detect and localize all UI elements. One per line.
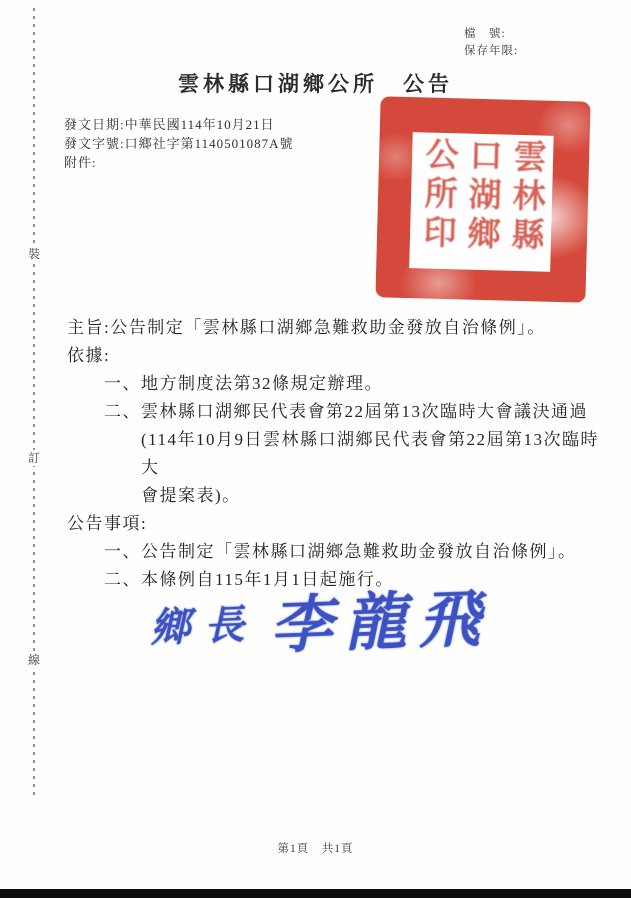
binding-dotted-line — [33, 8, 35, 800]
body-line-items-label: 公告事項: — [67, 510, 613, 538]
document-page: 裝 訂 線 檔 號: 保存年限: 雲林縣口湖鄉公所 公告 發文日期:中華民國11… — [0, 0, 631, 898]
scan-edge — [0, 889, 631, 898]
body-line-item-1: 一、公告制定「雲林縣口湖鄉急難救助金發放自治條例」。 — [67, 538, 613, 566]
signature-name: 李龍飛 — [268, 568, 493, 665]
mayor-signature-stamp: 鄉長 李龍飛 — [148, 562, 521, 675]
body-line-subject: 主旨:公告制定「雲林縣口湖鄉急難救助金發放自治條例」。 — [67, 314, 613, 342]
body-line-basis-label: 依據: — [67, 342, 613, 370]
archive-no-label: 檔 號: — [464, 26, 518, 43]
binding-strip: 裝 訂 線 — [27, 8, 41, 800]
body-line-basis-2-cont: (114年10月9日雲林縣口湖鄉民代表會第22屆第13次臨時大 — [67, 426, 613, 482]
document-meta: 發文日期:中華民國114年10月21日 發文字號:口鄉社字第1140501087… — [64, 115, 294, 172]
issue-date: 發文日期:中華民國114年10月21日 — [64, 115, 294, 134]
document-title: 雲林縣口湖鄉公所 公告 — [0, 68, 631, 98]
official-seal: 雲林縣口湖鄉公所印 — [375, 96, 590, 302]
signature-title: 鄉長 — [149, 592, 259, 653]
archive-info: 檔 號: 保存年限: — [464, 26, 518, 60]
binding-mark-zhuang: 裝 — [27, 246, 41, 262]
official-seal-text: 雲林縣口湖鄉公所印 — [414, 136, 549, 267]
official-seal-inner: 雲林縣口湖鄉公所印 — [409, 132, 554, 272]
attachment-label: 附件: — [64, 153, 294, 172]
body-line-basis-2: 二、雲林縣口湖鄉民代表會第22屆第13次臨時大會議決通過 — [67, 398, 613, 426]
doc-number: 發文字號:口鄉社字第1140501087A號 — [64, 134, 294, 153]
page-number: 第1頁 共1頁 — [0, 840, 631, 856]
announcement-body: 主旨:公告制定「雲林縣口湖鄉急難救助金發放自治條例」。 依據: 一、地方制度法第… — [67, 314, 613, 594]
body-line-basis-1: 一、地方制度法第32條規定辦理。 — [67, 370, 613, 398]
binding-mark-xian: 線 — [27, 652, 41, 668]
retention-label: 保存年限: — [464, 43, 518, 60]
binding-mark-ding: 訂 — [27, 450, 41, 466]
body-line-basis-2-end: 會提案表)。 — [67, 482, 613, 510]
